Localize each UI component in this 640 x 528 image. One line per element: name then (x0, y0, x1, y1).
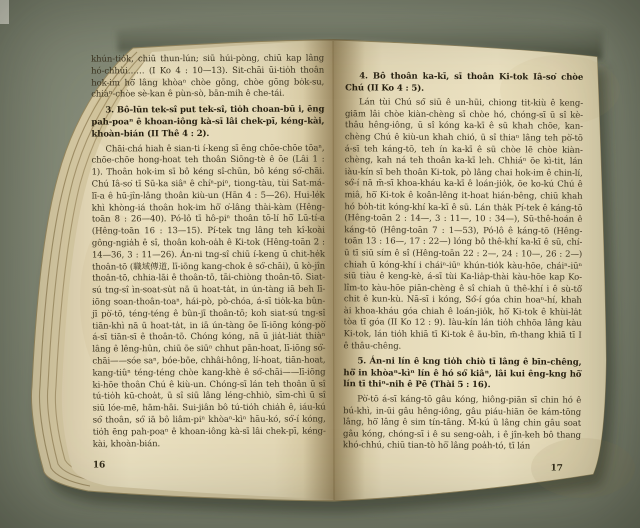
section-3-heading: 3. Bô-lūn tek-sî put tek-sî, tio̍h choan… (91, 105, 324, 141)
right-page-text-block: 4. Bô thoân ka-kī, sī thoân Ki-tok Iâ-so… (343, 71, 583, 475)
right-page-body-paragraph-2: Pò͘-tō á-sī káng-tō gâu kóng, hiông-piān… (343, 394, 581, 453)
section-4-heading: 4. Bô thoân ka-kī, sī thoân Ki-tok Iâ-so… (345, 71, 583, 96)
section-5-heading: 5. Án-ni lín ê kng tio̍h chiò tī lâng ê … (343, 357, 581, 393)
right-page-body-paragraph-1: Lán tùi Chú só͘ siū ê un-hūi, chiong tit… (344, 97, 584, 354)
left-page-continuation-paragraph: khún-tio̍k, chiū thun-lún; siū húi-pòng,… (91, 53, 324, 101)
book-photo-scene: khún-tio̍k, chiū thun-lún; siū húi-pòng,… (0, 0, 640, 528)
page-number-left: 16 (93, 460, 326, 473)
page-number-right: 17 (343, 462, 581, 475)
left-page-text-block: khún-tio̍k, chiū thun-lún; siū húi-pòng,… (91, 53, 326, 472)
left-page-body-paragraph: Chāi-chá hiah ê sian-ti í-keng sī ēng ch… (91, 143, 325, 451)
